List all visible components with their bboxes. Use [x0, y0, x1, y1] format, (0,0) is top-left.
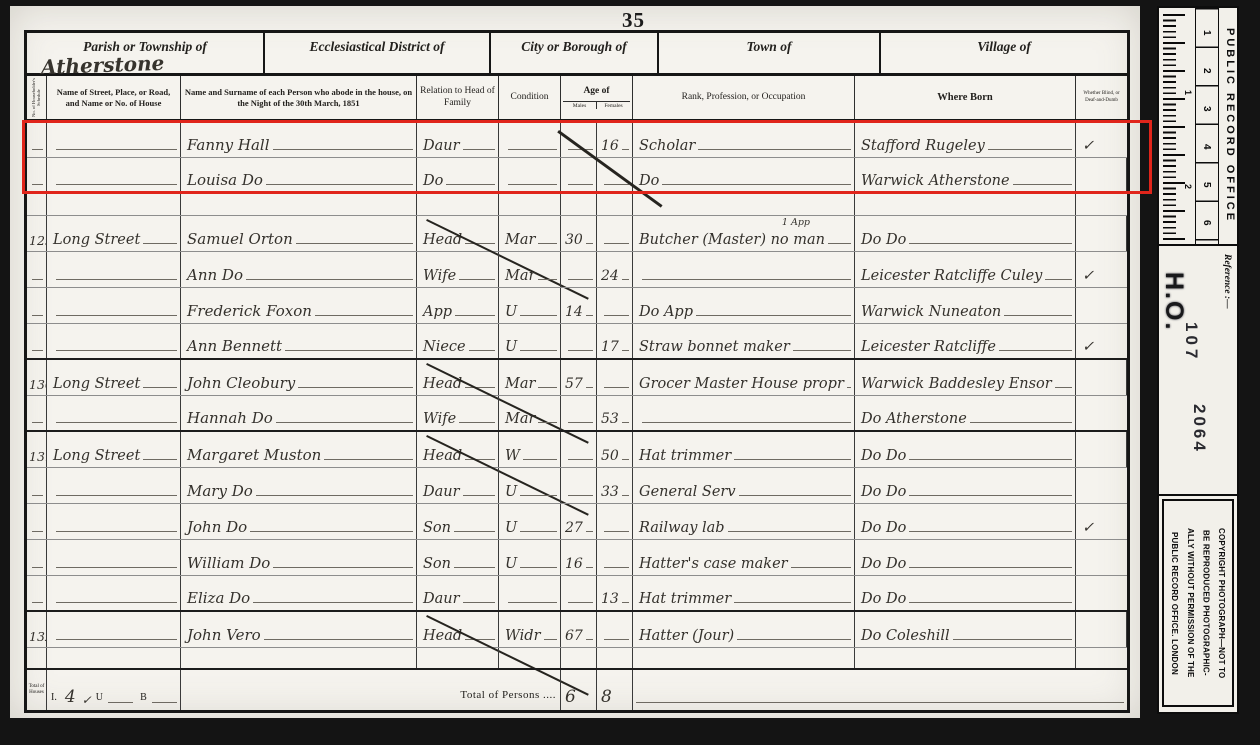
relation-value: Daur — [417, 138, 460, 157]
cell-age_m — [561, 158, 597, 192]
name-value: Hannah Do — [181, 409, 273, 430]
born-value: Warwick Baddesley Ensor — [855, 376, 1052, 395]
cell-born: Leicester Ratcliffe Culey — [855, 252, 1076, 287]
cell-born: Warwick Baddesley Ensor — [855, 360, 1076, 395]
street-value: Long Street — [47, 376, 140, 395]
ruler-cm-number: 6 — [1201, 220, 1212, 226]
cell-condition: Mar — [499, 360, 561, 395]
condition-value: U — [499, 520, 517, 539]
schedule-value — [27, 607, 29, 610]
cell-blind — [1076, 288, 1127, 323]
cell-relation: Head — [417, 612, 499, 647]
cell-blind — [1076, 216, 1127, 251]
cell-blind: ✓ — [1076, 324, 1127, 358]
condition-value: U — [499, 484, 517, 503]
cell-blind — [1076, 396, 1127, 430]
cell-age_m — [561, 194, 597, 215]
occupation-value: Hatter's case maker — [633, 556, 788, 575]
age_m-value: 57 — [561, 376, 583, 395]
schedule-value — [27, 320, 29, 323]
occupation-value: Railway lab — [633, 520, 725, 539]
cell-age_m — [561, 396, 597, 430]
reference-stamp-piece: 107 — [1181, 322, 1201, 362]
occupation-value: Hat trimmer — [633, 591, 731, 610]
age_f-value — [597, 536, 601, 539]
blind-value — [1076, 427, 1082, 430]
cell-born: Warwick Nuneaton — [855, 288, 1076, 323]
age_f-value: 17 — [597, 339, 619, 358]
cell-total-persons-label: Total of Persons .... — [181, 670, 561, 710]
cell-born: Do Do — [855, 468, 1076, 503]
cell-born: Do Atherstone — [855, 396, 1076, 430]
total-persons-label: Total of Persons .... — [181, 689, 560, 710]
relation-value: Head — [417, 232, 462, 251]
cell-condition — [499, 122, 561, 157]
cell-street: Long Street — [47, 216, 181, 251]
condition-value: Mar — [499, 232, 535, 251]
cell-age_f — [597, 612, 633, 647]
table-row: John DoSonU27Railway labDo Do✓ — [27, 504, 1127, 540]
cell-age_m: 57 — [561, 360, 597, 395]
cell-age_f — [597, 648, 633, 668]
born-value: Do Coleshill — [855, 628, 950, 647]
cell-street — [47, 612, 181, 647]
cell-name: John Cleobury — [181, 360, 417, 395]
street-value — [47, 500, 53, 503]
cell-name: John Vero — [181, 612, 417, 647]
relation-value: Daur — [417, 591, 460, 610]
table-row: Hannah DoWifeMar53Do Atherstone — [27, 396, 1127, 432]
cell-street — [47, 504, 181, 539]
cell-condition: Mar — [499, 216, 561, 251]
condition-value: U — [499, 339, 517, 358]
cell-schedule — [27, 122, 47, 157]
copyright-notice: COPYRIGHT PHOTOGRAPH—NOT TOBE REPRODUCED… — [1167, 504, 1229, 702]
cell-name: Ann Bennett — [181, 324, 417, 358]
cell-age_f: 33 — [597, 468, 633, 503]
cell-age_m: 16 — [561, 540, 597, 575]
ruler-cm-number: 3 — [1201, 106, 1212, 112]
cell-street: Long Street — [47, 432, 181, 467]
cell-total-persons-male: 6 — [561, 670, 597, 710]
cell-total-rest — [633, 670, 1127, 710]
cell-condition: U — [499, 504, 561, 539]
street-value — [47, 572, 53, 575]
occupation-value: Butcher (Master) no man — [633, 232, 825, 251]
table-row: Ann BennettNieceU17Straw bonnet makerLei… — [27, 324, 1127, 360]
column-header-schedule: No. of Householder's Schedule — [27, 76, 47, 119]
cell-age_m — [561, 122, 597, 157]
cell-schedule — [27, 288, 47, 323]
street-value — [47, 607, 53, 610]
age_f-value — [597, 644, 601, 647]
cell-schedule — [27, 576, 47, 610]
cell-born: Warwick Atherstone — [855, 158, 1076, 192]
cell-schedule: 131 — [27, 432, 47, 467]
cell-relation: Niece — [417, 324, 499, 358]
name-value: Mary Do — [181, 482, 253, 503]
cell-street — [47, 324, 181, 358]
cell-occupation: Hatter (Jour) — [633, 612, 855, 647]
relation-value: Wife — [417, 411, 456, 430]
cell-age_m — [561, 576, 597, 610]
header-town-label: Town of — [747, 39, 792, 54]
cell-name: Fanny Hall — [181, 122, 417, 157]
born-value: Do Do — [855, 232, 906, 251]
cell-age_f — [597, 360, 633, 395]
relation-value: Head — [417, 628, 462, 647]
table-row: 132John VeroHeadWidr67Hatter (Jour)Do Co… — [27, 612, 1127, 648]
occupation-value: Do — [633, 173, 659, 192]
schedule-value: 131 — [27, 449, 47, 467]
cell-schedule: 129 — [27, 216, 47, 251]
cell-blind: ✓ — [1076, 122, 1127, 157]
cell-relation: Daur — [417, 122, 499, 157]
houses-inhabited-value: 4 — [59, 687, 76, 710]
age_f-value: 13 — [597, 591, 619, 610]
cell-age_f: 16 — [597, 122, 633, 157]
occupation-value: Scholar — [633, 138, 695, 157]
age_m-value: 67 — [561, 628, 583, 647]
condition-value: U — [499, 304, 517, 323]
houses-building-label: B — [136, 692, 149, 710]
cell-relation — [417, 648, 499, 668]
relation-value: Do — [417, 173, 443, 192]
age_m-value — [561, 427, 565, 430]
name-value: John Vero — [181, 626, 261, 647]
scanned-census-page: { "page": { "number": "35" }, "form_head… — [0, 0, 1260, 745]
age_f-value — [597, 189, 601, 192]
cell-schedule — [27, 396, 47, 430]
ruler-cm-number: 1 — [1201, 30, 1212, 36]
name-value: Ann Do — [181, 266, 243, 287]
age-female-label: Females — [597, 102, 630, 110]
cell-occupation — [633, 194, 855, 215]
street-value — [47, 536, 53, 539]
table-row: Fanny HallDaur16ScholarStafford Rugeley✓ — [27, 122, 1127, 158]
cell-condition: U — [499, 540, 561, 575]
cell-born — [855, 194, 1076, 215]
name-value: Ann Bennett — [181, 337, 282, 358]
cell-name: Frederick Foxon — [181, 288, 417, 323]
occupation-note: 1 App — [782, 217, 810, 228]
age_f-value: 24 — [597, 268, 619, 287]
form-header-band: Parish or Township of Atherstone Ecclesi… — [24, 30, 1130, 76]
cell-age_f — [597, 540, 633, 575]
cell-schedule — [27, 648, 47, 668]
cell-blind — [1076, 360, 1127, 395]
totals-row: Total of Houses I. 4 ✓ U B Total of Pers… — [27, 670, 1127, 710]
cell-born: Do Do — [855, 432, 1076, 467]
cell-condition — [499, 648, 561, 668]
cell-blind — [1076, 468, 1127, 503]
copyright-line: ALLY WITHOUT PERMISSION OF THE — [1182, 504, 1198, 702]
census-form: Parish or Township of Atherstone Ecclesi… — [24, 30, 1130, 713]
header-city-label: City or Borough of — [521, 39, 626, 54]
public-record-office-card: 12 123456 PUBLIC RECORD OFFICE Reference… — [1157, 6, 1239, 714]
name-value: Frederick Foxon — [181, 302, 312, 323]
schedule-value — [27, 572, 29, 575]
condition-value: Mar — [499, 411, 535, 430]
cell-street: Long Street — [47, 360, 181, 395]
cell-condition — [499, 194, 561, 215]
born-value: Leicester Ratcliffe Culey — [855, 268, 1042, 287]
cell-relation: Do — [417, 158, 499, 192]
ruler-long-ticks — [1163, 14, 1185, 240]
blind-value: ✓ — [1076, 268, 1094, 287]
cell-blind — [1076, 194, 1127, 215]
cell-name: Mary Do — [181, 468, 417, 503]
cell-occupation: Do App — [633, 288, 855, 323]
age_m-value — [561, 284, 565, 287]
cell-schedule — [27, 324, 47, 358]
cell-born: Leicester Ratcliffe — [855, 324, 1076, 358]
cell-age_m — [561, 648, 597, 668]
cell-relation: Daur — [417, 576, 499, 610]
cell-street — [47, 576, 181, 610]
cell-schedule — [27, 504, 47, 539]
relation-value: Wife — [417, 268, 456, 287]
cell-born: Do Do — [855, 540, 1076, 575]
street-value — [47, 154, 53, 157]
name-value: Eliza Do — [181, 589, 250, 610]
cell-occupation — [633, 648, 855, 668]
table-row: Eliza DoDaur13Hat trimmerDo Do — [27, 576, 1127, 612]
header-parish: Parish or Township of Atherstone — [27, 33, 265, 73]
cell-name: Ann Do — [181, 252, 417, 287]
cell-street — [47, 194, 181, 215]
occupation-value — [633, 284, 639, 287]
age_f-value — [597, 320, 601, 323]
cell-condition: U — [499, 468, 561, 503]
cell-relation: Head — [417, 216, 499, 251]
cell-age_f — [597, 158, 633, 192]
cell-blind: ✓ — [1076, 252, 1127, 287]
schedule-value: 129 — [27, 233, 47, 251]
ruler-cm-column — [1195, 8, 1219, 244]
cell-blind — [1076, 540, 1127, 575]
schedule-header-label: No. of Householder's Schedule — [31, 77, 41, 118]
age_m-value — [561, 607, 565, 610]
age_m-value — [561, 355, 565, 358]
cell-blind — [1076, 612, 1127, 647]
relation-value: Head — [417, 448, 462, 467]
relation-value: Daur — [417, 484, 460, 503]
occupation-value: General Serv — [633, 484, 736, 503]
cell-age_m — [561, 252, 597, 287]
condition-value — [499, 154, 505, 157]
pro-reference-section: Reference :— H.O. 107 2064 — [1159, 246, 1237, 496]
born-value: Do Do — [855, 484, 906, 503]
cell-age_m — [561, 324, 597, 358]
cell-occupation: Scholar — [633, 122, 855, 157]
table-row: Louisa DoDoDoWarwick Atherstone — [27, 158, 1127, 194]
street-value — [47, 427, 53, 430]
cell-street — [47, 396, 181, 430]
age_f-value: 53 — [597, 411, 619, 430]
cell-relation: Son — [417, 540, 499, 575]
condition-value — [499, 607, 505, 610]
cell-occupation: Straw bonnet maker — [633, 324, 855, 358]
cell-relation — [417, 194, 499, 215]
cell-age_f: 17 — [597, 324, 633, 358]
blind-value — [1076, 644, 1082, 647]
cell-street — [47, 288, 181, 323]
age_f-value — [597, 248, 601, 251]
total-persons-female-value: 8 — [597, 687, 612, 710]
blind-value — [1076, 248, 1082, 251]
cell-age_f — [597, 194, 633, 215]
condition-value: U — [499, 556, 517, 575]
cell-born: Stafford Rugeley — [855, 122, 1076, 157]
name-value: Margaret Muston — [181, 446, 321, 467]
name-value: Louisa Do — [181, 171, 263, 192]
cell-age_f — [597, 216, 633, 251]
ruler-cm-number: 2 — [1201, 68, 1212, 74]
cell-schedule — [27, 158, 47, 192]
age_m-value: 27 — [561, 520, 583, 539]
copyright-line: COPYRIGHT PHOTOGRAPH—NOT TO — [1213, 504, 1229, 702]
age_m-value: 16 — [561, 556, 583, 575]
cell-occupation: Hat trimmer — [633, 432, 855, 467]
cell-relation: Head — [417, 432, 499, 467]
born-value: Warwick Atherstone — [855, 173, 1010, 192]
cell-street — [47, 648, 181, 668]
cell-blind — [1076, 648, 1127, 668]
ruler-inch-number: 2 — [1183, 184, 1193, 189]
column-header-age: Age of Males Females — [561, 76, 633, 119]
column-header-condition: Condition — [499, 76, 561, 119]
header-ecclesiastical-label: Ecclesiastical District of — [310, 39, 445, 54]
born-value: Do Do — [855, 520, 906, 539]
column-header-occupation: Rank, Profession, or Occupation — [633, 76, 855, 119]
street-value — [47, 320, 53, 323]
age-subheaders: Males Females — [563, 101, 630, 110]
column-header-blind: Whether Blind, or Deaf-and-Dumb — [1076, 76, 1127, 119]
cell-street — [47, 158, 181, 192]
street-value: Long Street — [47, 232, 140, 251]
table-row: 131Long StreetMargaret MustonHeadW50Hat … — [27, 432, 1127, 468]
houses-uninhabited-label: U — [92, 692, 105, 710]
cell-name: Eliza Do — [181, 576, 417, 610]
cell-age_f: 50 — [597, 432, 633, 467]
reference-label: Reference :— — [1222, 254, 1232, 309]
cell-occupation — [633, 252, 855, 287]
schedule-value — [27, 355, 29, 358]
schedule-value — [27, 500, 29, 503]
name-value: Samuel Orton — [181, 230, 293, 251]
header-town: Town of — [659, 33, 881, 73]
name-value: John Do — [181, 518, 247, 539]
ruler-inch-number: 1 — [1183, 90, 1193, 95]
cell-occupation: Butcher (Master) no man1 App — [633, 216, 855, 251]
schedule-value — [27, 154, 29, 157]
occupation-value: Hat trimmer — [633, 448, 731, 467]
age_m-value: 30 — [561, 232, 583, 251]
ruler-cm-number: 5 — [1201, 182, 1212, 188]
cell-schedule — [27, 194, 47, 215]
cell-condition: Mar — [499, 252, 561, 287]
cell-relation: Wife — [417, 252, 499, 287]
cell-age_m: 27 — [561, 504, 597, 539]
cell-born: Do Coleshill — [855, 612, 1076, 647]
cell-name: Margaret Muston — [181, 432, 417, 467]
blind-value: ✓ — [1076, 138, 1094, 157]
street-value — [47, 189, 53, 192]
reference-stamp-item: 2064 — [1189, 404, 1209, 454]
copyright-line: PUBLIC RECORD OFFICE. LONDON — [1167, 504, 1183, 702]
cell-relation: Wife — [417, 396, 499, 430]
relation-value: App — [417, 304, 452, 323]
name-value: Fanny Hall — [181, 136, 270, 157]
blind-value — [1076, 464, 1082, 467]
total-houses-label: Total of Houses — [27, 684, 46, 696]
age_m-value — [561, 464, 565, 467]
blind-value — [1076, 500, 1082, 503]
name-value: John Cleobury — [181, 374, 295, 395]
cell-blind — [1076, 576, 1127, 610]
cell-age_f — [597, 504, 633, 539]
column-header-band: No. of Householder's Schedule Name of St… — [24, 76, 1130, 122]
cell-schedule: 130 — [27, 360, 47, 395]
street-value: Long Street — [47, 448, 140, 467]
age_f-value: 33 — [597, 484, 619, 503]
cell-age_f: 13 — [597, 576, 633, 610]
occupation-value — [633, 427, 639, 430]
born-value: Leicester Ratcliffe — [855, 339, 996, 358]
street-value — [47, 284, 53, 287]
cell-street — [47, 468, 181, 503]
column-header-name: Name and Surname of each Person who abod… — [181, 76, 417, 119]
table-spacer-row — [27, 194, 1127, 216]
cell-total-houses-values: I. 4 ✓ U B — [47, 670, 181, 710]
houses-inhabited-label: I. — [47, 692, 59, 710]
cell-relation: Daur — [417, 468, 499, 503]
cell-occupation: Railway lab — [633, 504, 855, 539]
column-header-street: Name of Street, Place, or Road, and Name… — [47, 76, 181, 119]
cell-born: Do Do — [855, 576, 1076, 610]
cell-age_f: 53 — [597, 396, 633, 430]
cell-name — [181, 194, 417, 215]
cell-condition — [499, 158, 561, 192]
cell-blind — [1076, 432, 1127, 467]
blind-value: ✓ — [1076, 520, 1094, 539]
table-row: 130Long StreetJohn CleoburyHeadMar57Groc… — [27, 360, 1127, 396]
cell-schedule — [27, 540, 47, 575]
born-value: Stafford Rugeley — [855, 138, 985, 157]
occupation-value: Do App — [633, 304, 693, 323]
copyright-line: BE REPRODUCED PHOTOGRAPHIC- — [1198, 504, 1214, 702]
cell-occupation: General Serv — [633, 468, 855, 503]
census-table-body: Fanny HallDaur16ScholarStafford Rugeley✓… — [24, 122, 1130, 713]
born-value: Do Do — [855, 556, 906, 575]
cell-age_m: 14 — [561, 288, 597, 323]
cell-name: Louisa Do — [181, 158, 417, 192]
cell-name: Hannah Do — [181, 396, 417, 430]
table-row: Ann DoWifeMar24Leicester Ratcliffe Culey… — [27, 252, 1127, 288]
blind-value — [1076, 392, 1082, 395]
condition-value: W — [499, 448, 520, 467]
table-spacer-row — [27, 648, 1127, 670]
cell-street — [47, 122, 181, 157]
parish-handwritten-value: Atherstone — [41, 51, 165, 79]
ruler-cm-number: 4 — [1201, 144, 1212, 150]
schedule-value — [27, 427, 29, 430]
age_f-value — [597, 572, 601, 575]
cell-age_m — [561, 468, 597, 503]
blind-value — [1076, 572, 1082, 575]
age_m-value — [561, 500, 565, 503]
